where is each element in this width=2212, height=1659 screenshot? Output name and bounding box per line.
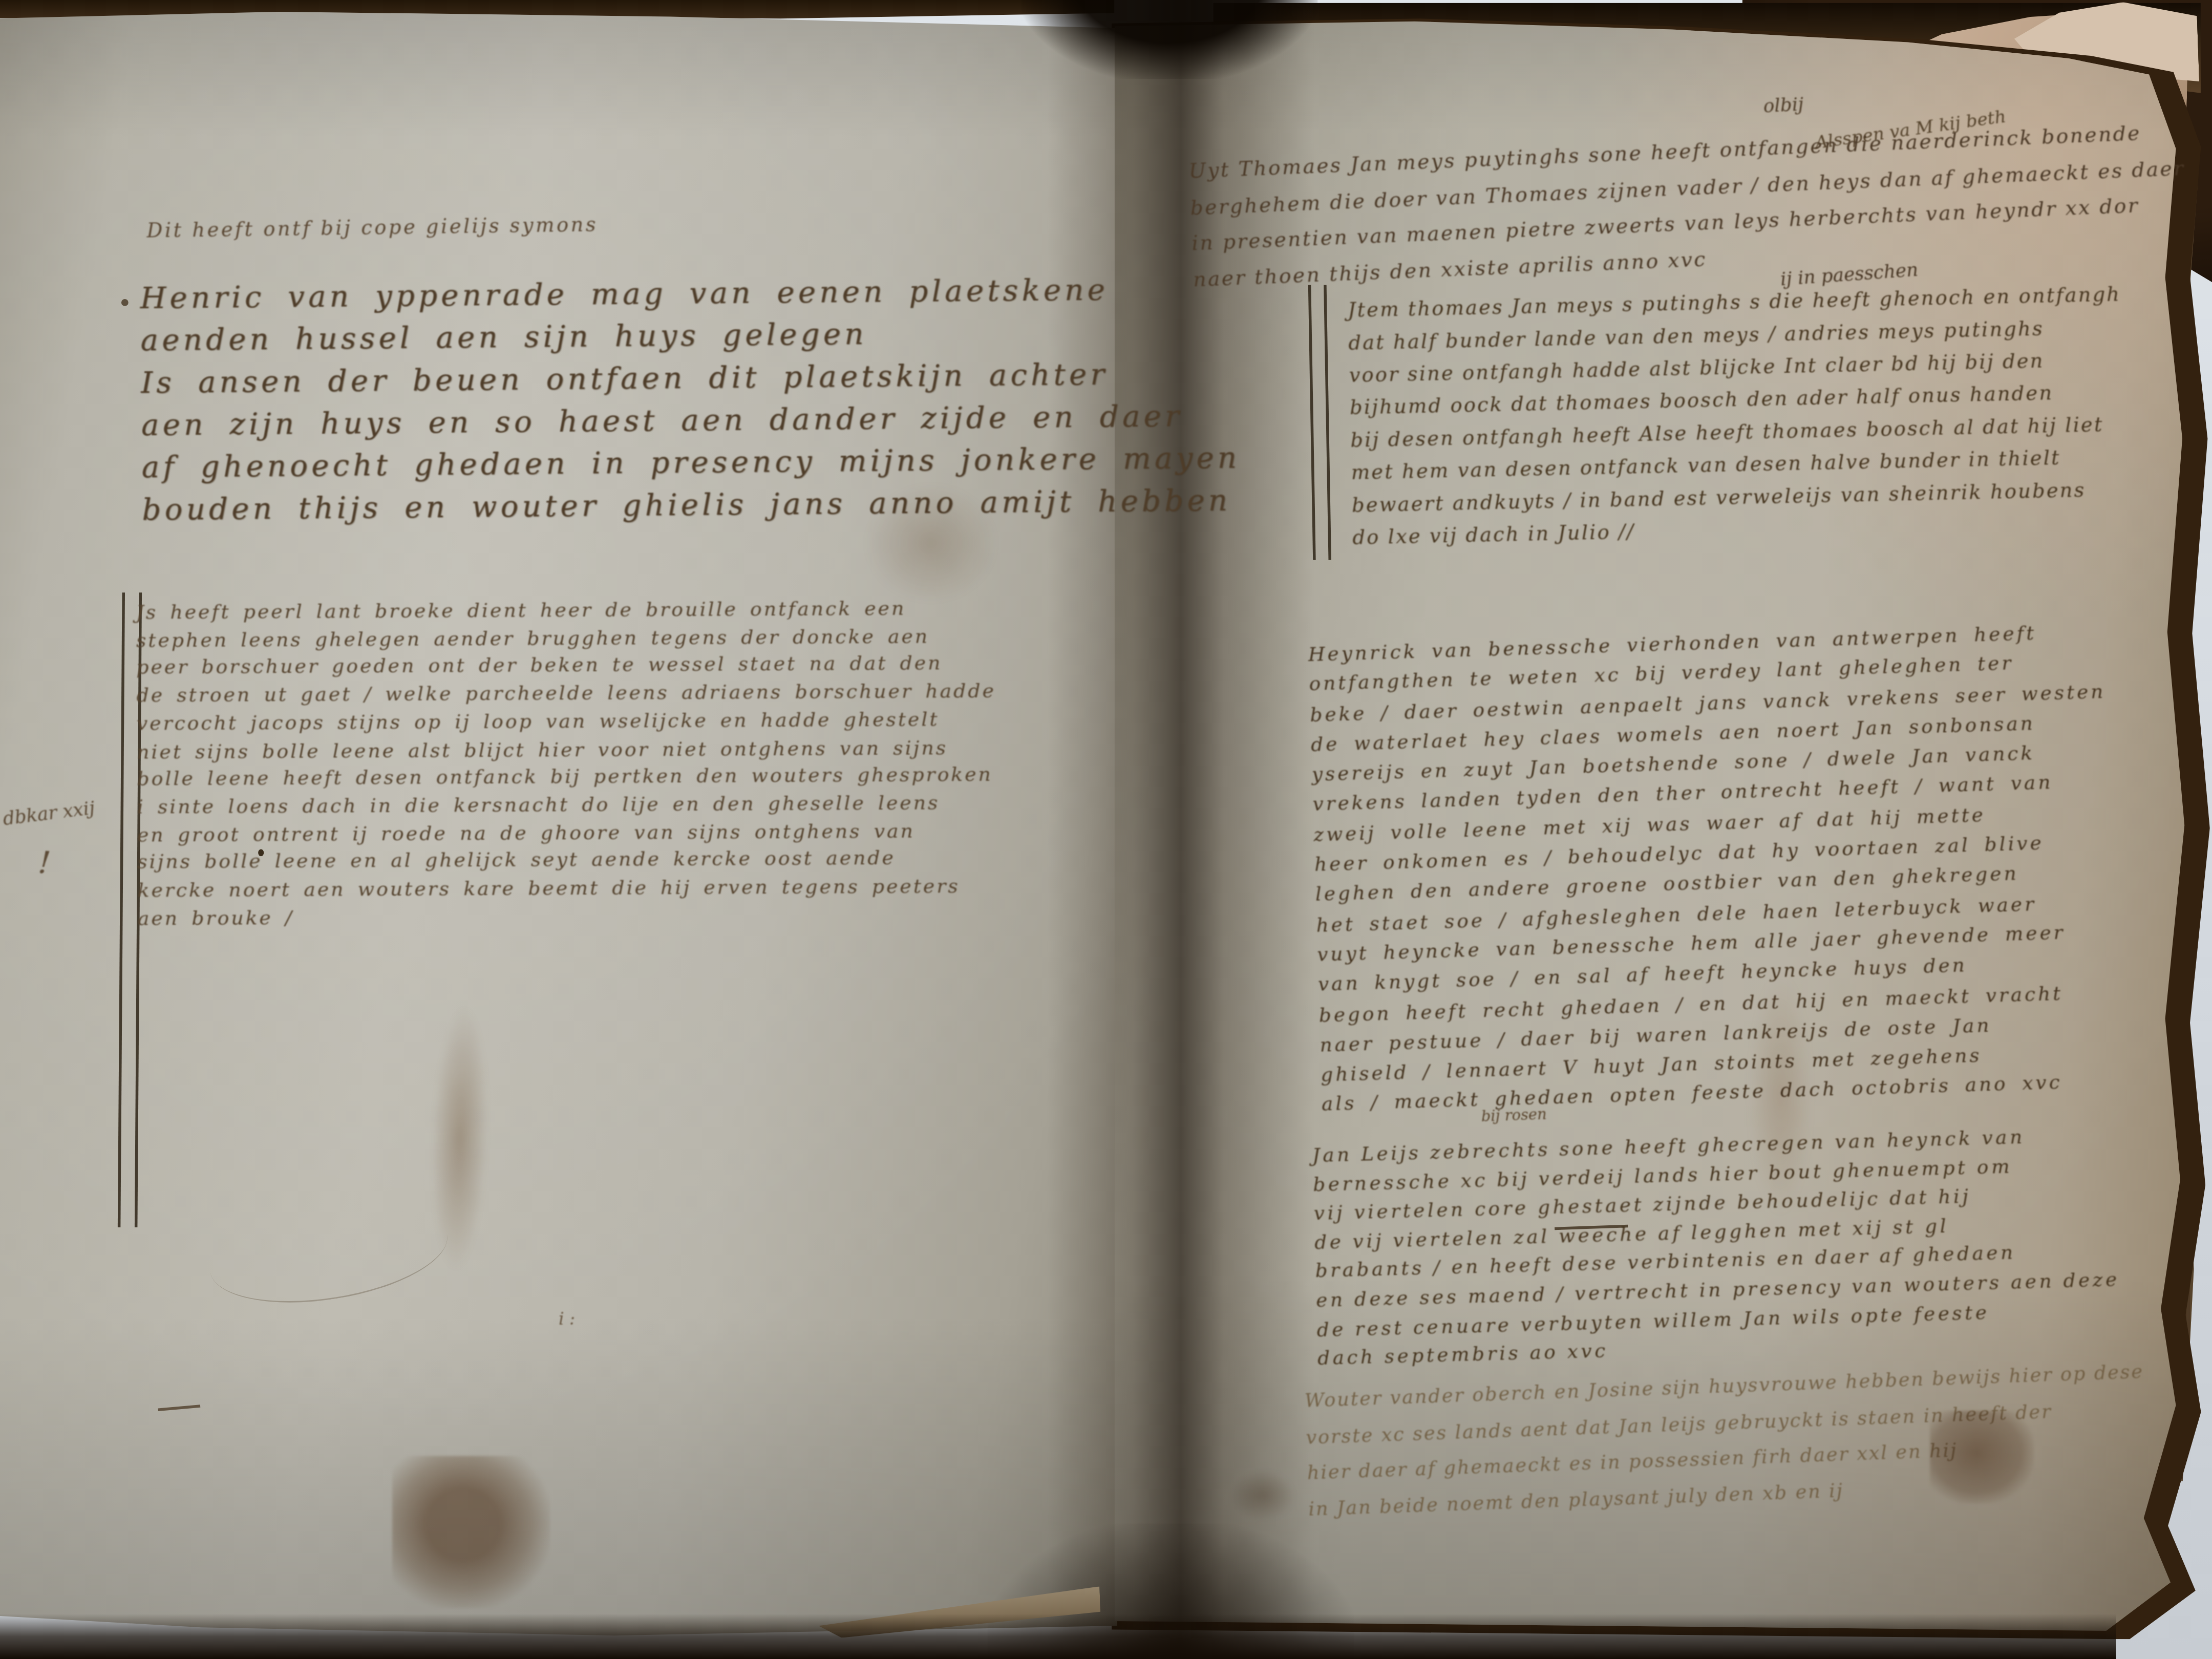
manuscript-line: stephen leens ghelegen aender brugghen t…	[136, 624, 996, 656]
left-entry-2: Js heeft peerl lant broeke dient heer de…	[136, 596, 997, 934]
left-entry-1: Henric van yppenrade mag van eenen plaet…	[140, 267, 1241, 531]
gutter-top-shadow	[1022, 0, 1318, 79]
manuscript-line: kercke noert aen wouters kare beemt die …	[137, 874, 997, 906]
ink-stain-blot	[1930, 1411, 2034, 1504]
manuscript-line: peer borschuer goeden ont der beken te w…	[136, 651, 996, 684]
manuscript-line: i sinte loens dach in die kersnacht do l…	[137, 791, 997, 823]
interlinear-note: bij rosen	[1481, 1107, 1547, 1126]
ink-stain-large	[392, 1456, 550, 1608]
manuscript-line: de stroen ut gaet / welke parcheelde lee…	[136, 679, 996, 712]
stain-faint	[1230, 1470, 1295, 1521]
manuscript-line: niet sijns bolle leene alst blijct hier …	[137, 735, 996, 767]
stain-streak	[427, 1004, 493, 1273]
stain-faint	[863, 482, 998, 604]
right-entry-2: Heynrick van benessche vierhonden van an…	[1308, 618, 2118, 1122]
manuscript-line: sijns bolle leene en al ghelijck seyt ae…	[137, 846, 997, 878]
manuscript-photo: Dit heeft ontf bij cope gielijs symons H…	[0, 0, 2212, 1659]
folio-mark: olbij	[1763, 95, 1804, 118]
book-bottom-shadow	[0, 1614, 2116, 1659]
manuscript-line: vercocht jacops stijns op ij loop van ws…	[137, 707, 996, 739]
right-entry-3: Jan Leijs zebrechts sone heeft ghecregen…	[1312, 1121, 2121, 1374]
stain-streak	[1749, 971, 1811, 1218]
manuscript-line: bolle leene heeft desen ontfanck bij per…	[137, 762, 996, 795]
manuscript-line: aen brouke /	[138, 902, 997, 934]
small-pen-mark: i :	[559, 1309, 575, 1329]
ink-dot	[258, 849, 264, 857]
margin-exclamation-mark: !	[37, 846, 52, 882]
manuscript-line: en groot ontrent ij roede na de ghoore v…	[137, 818, 997, 850]
pen-dot	[121, 299, 129, 306]
right-entry-1: Jtem thomaes Jan meys s putinghs s die h…	[1347, 280, 2126, 555]
